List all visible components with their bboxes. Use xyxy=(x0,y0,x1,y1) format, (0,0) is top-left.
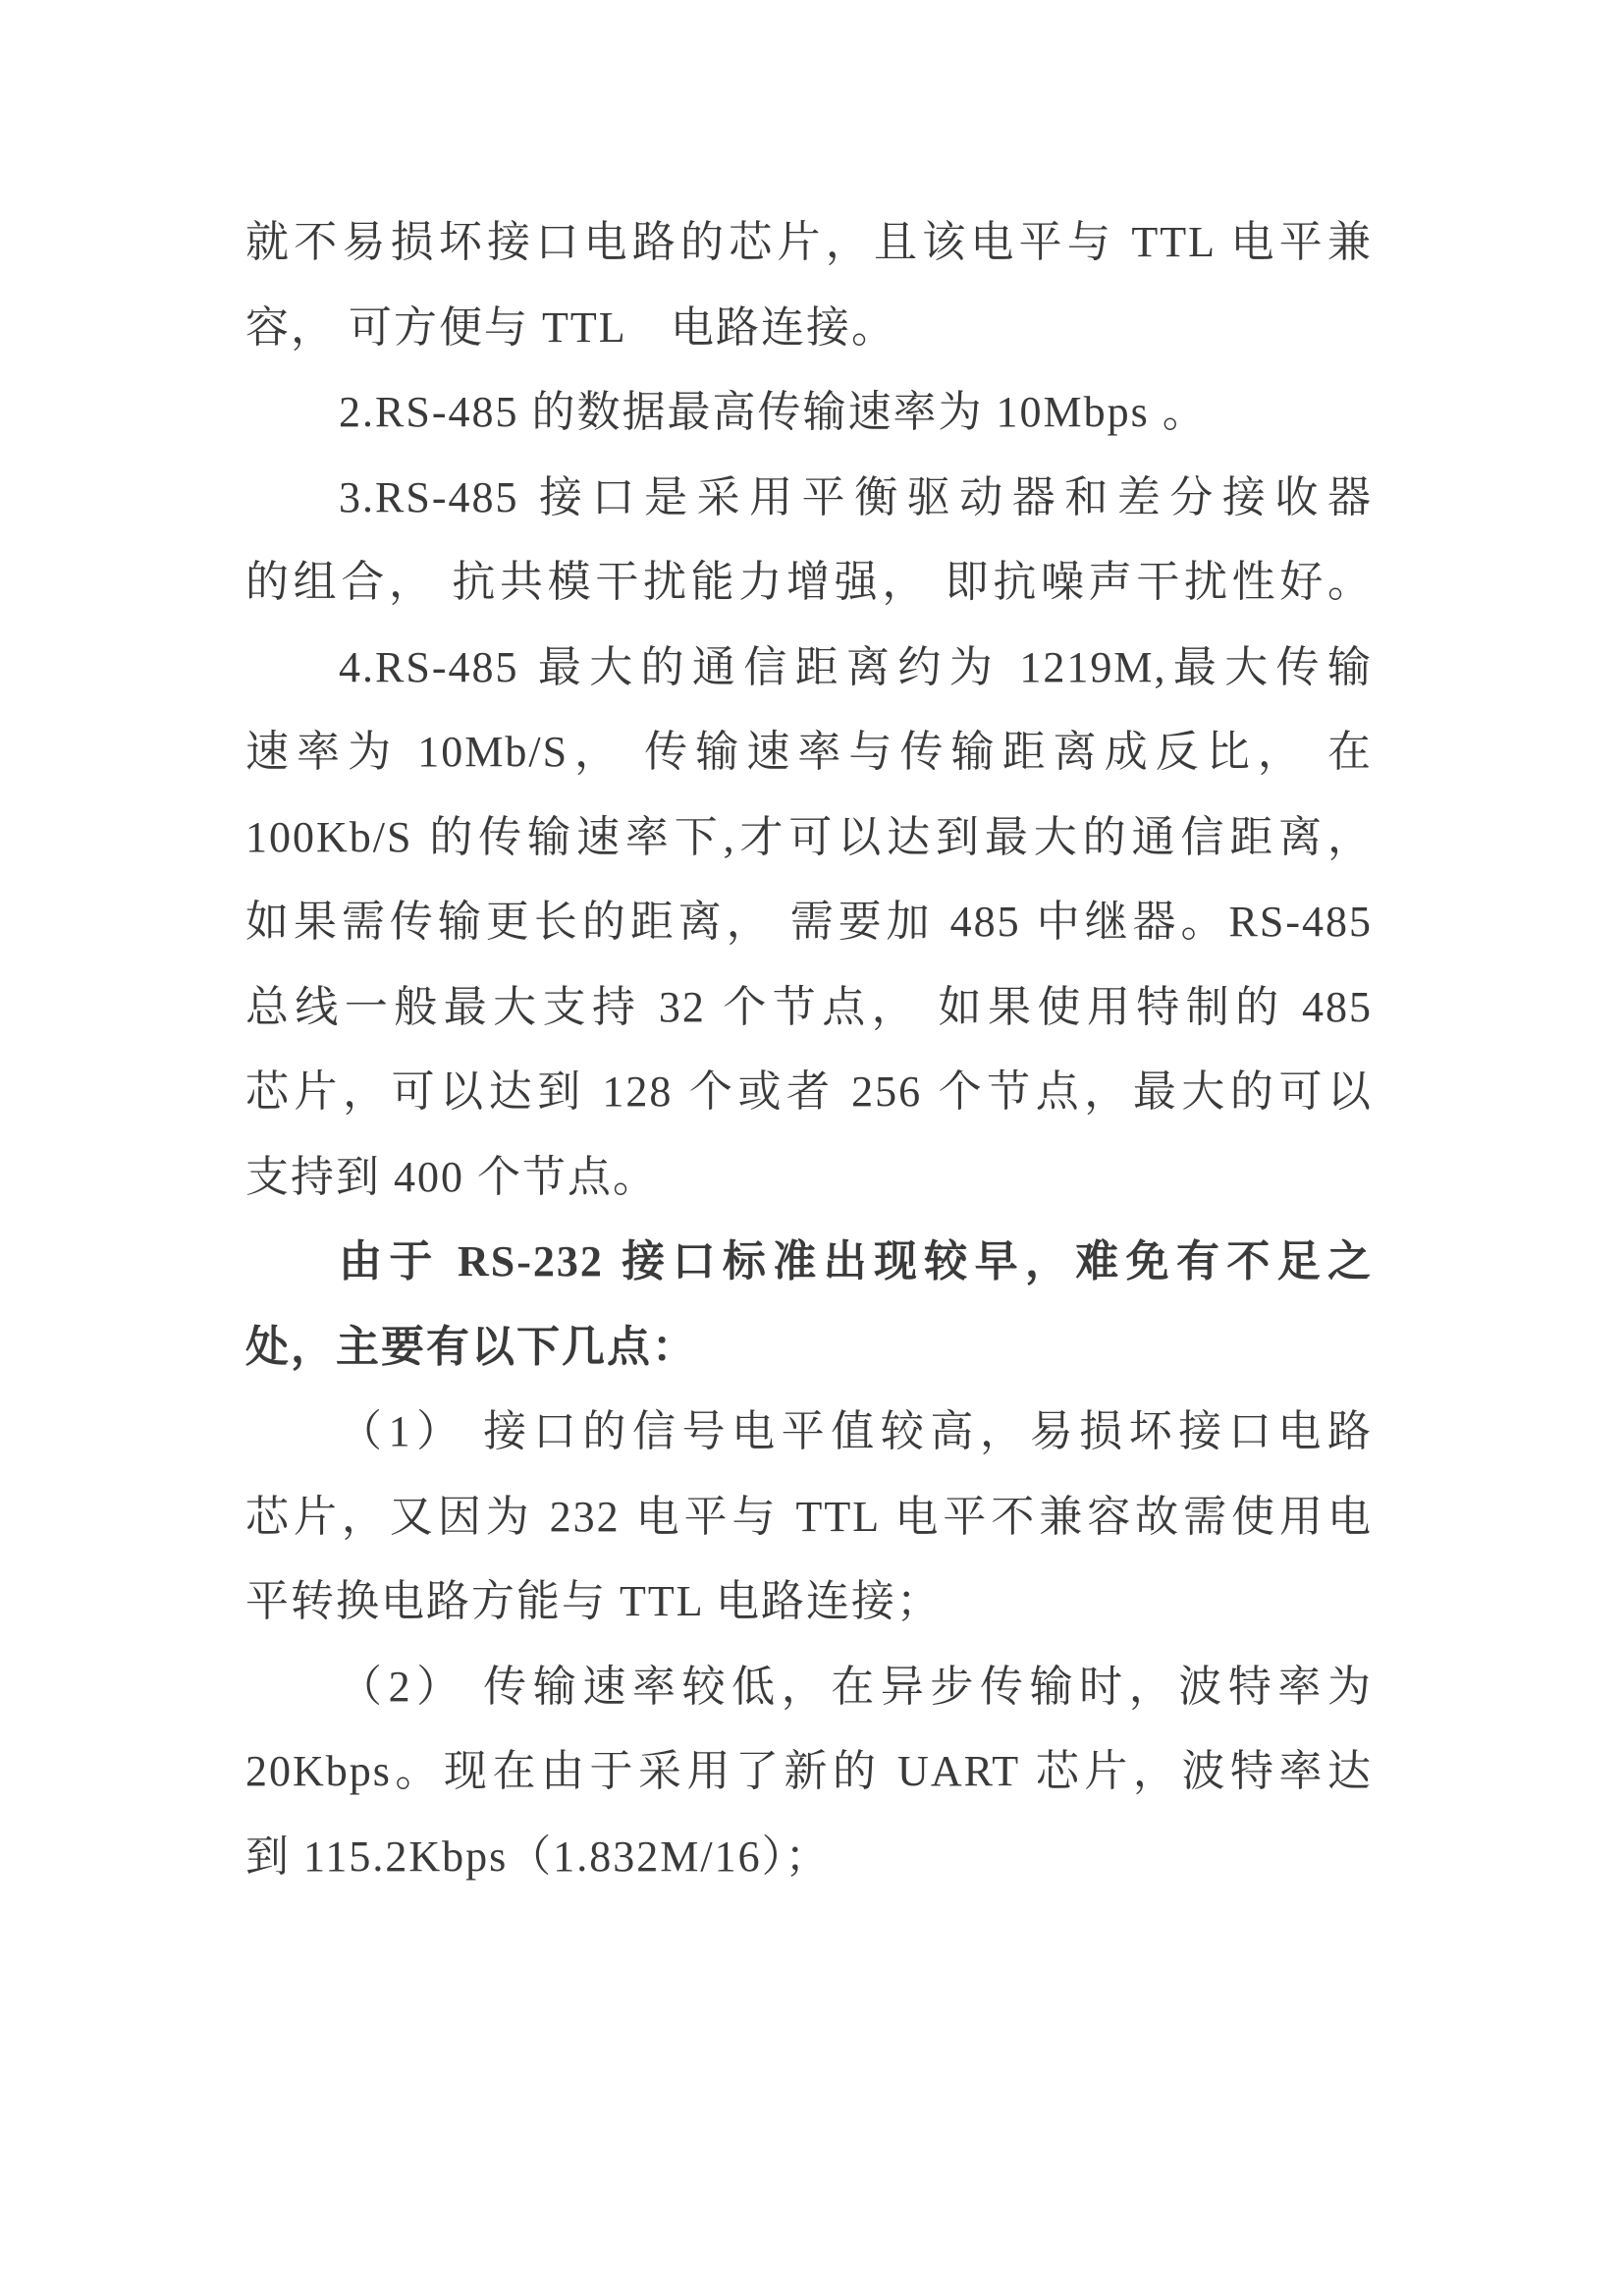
paragraph: 3.RS-485 接口是采用平衡驱动器和差分接收器的组合， 抗共模干扰能力增强，… xyxy=(245,456,1373,626)
paragraph: 2.RS-485 的数据最高传输速率为 10Mbps 。 xyxy=(245,370,1373,456)
paragraph: 由于 RS-232 接口标准出现较早，难免有不足之处，主要有以下几点： xyxy=(245,1220,1373,1390)
text-line: 总线一般最大支持 32 个节点， 如果使用特制的 485 xyxy=(245,965,1373,1051)
paragraph: 就不易损坏接口电路的芯片，且该电平与 TTL 电平兼容， 可方便与 TTL 电路… xyxy=(245,200,1373,370)
text-line: 到 115.2Kbps（1.832M/16）； xyxy=(245,1815,1373,1900)
text-body: 就不易损坏接口电路的芯片，且该电平与 TTL 电平兼容， 可方便与 TTL 电路… xyxy=(245,200,1373,1899)
text-line: 处，主要有以下几点： xyxy=(245,1305,1373,1391)
text-line: 的组合， 抗共模干扰能力增强， 即抗噪声干扰性好。 xyxy=(245,540,1373,626)
text-line: 平转换电路方能与 TTL 电路连接； xyxy=(245,1559,1373,1645)
text-line: 速率为 10Mb/S， 传输速率与传输距离成反比， 在 xyxy=(245,710,1373,795)
text-line: 由于 RS-232 接口标准出现较早，难免有不足之 xyxy=(245,1220,1373,1305)
text-line: 如果需传输更长的距离， 需要加 485 中继器。RS-485 xyxy=(245,880,1373,965)
text-line: 2.RS-485 的数据最高传输速率为 10Mbps 。 xyxy=(245,370,1373,456)
text-line: 20Kbps。现在由于采用了新的 UART 芯片，波特率达 xyxy=(245,1729,1373,1815)
text-line: 3.RS-485 接口是采用平衡驱动器和差分接收器 xyxy=(245,456,1373,541)
paragraph: 4.RS-485 最大的通信距离约为 1219M,最大传输速率为 10Mb/S，… xyxy=(245,626,1373,1221)
paragraph: （2） 传输速率较低，在异步传输时，波特率为20Kbps。现在由于采用了新的 U… xyxy=(245,1645,1373,1900)
text-line: （2） 传输速率较低，在异步传输时，波特率为 xyxy=(245,1645,1373,1730)
text-line: 支持到 400 个节点。 xyxy=(245,1135,1373,1221)
text-line: 容， 可方便与 TTL 电路连接。 xyxy=(245,286,1373,371)
text-line: 100Kb/S 的传输速率下,才可以达到最大的通信距离， xyxy=(245,795,1373,881)
text-line: 芯片，又因为 232 电平与 TTL 电平不兼容故需使用电 xyxy=(245,1475,1373,1560)
text-line: （1） 接口的信号电平值较高，易损坏接口电路 xyxy=(245,1390,1373,1475)
text-line: 4.RS-485 最大的通信距离约为 1219M,最大传输 xyxy=(245,626,1373,711)
text-line: 就不易损坏接口电路的芯片，且该电平与 TTL 电平兼 xyxy=(245,200,1373,286)
text-line: 芯片，可以达到 128 个或者 256 个节点，最大的可以 xyxy=(245,1050,1373,1135)
paragraph: （1） 接口的信号电平值较高，易损坏接口电路芯片，又因为 232 电平与 TTL… xyxy=(245,1390,1373,1645)
document-page: 就不易损坏接口电路的芯片，且该电平与 TTL 电平兼容， 可方便与 TTL 电路… xyxy=(0,0,1623,2296)
